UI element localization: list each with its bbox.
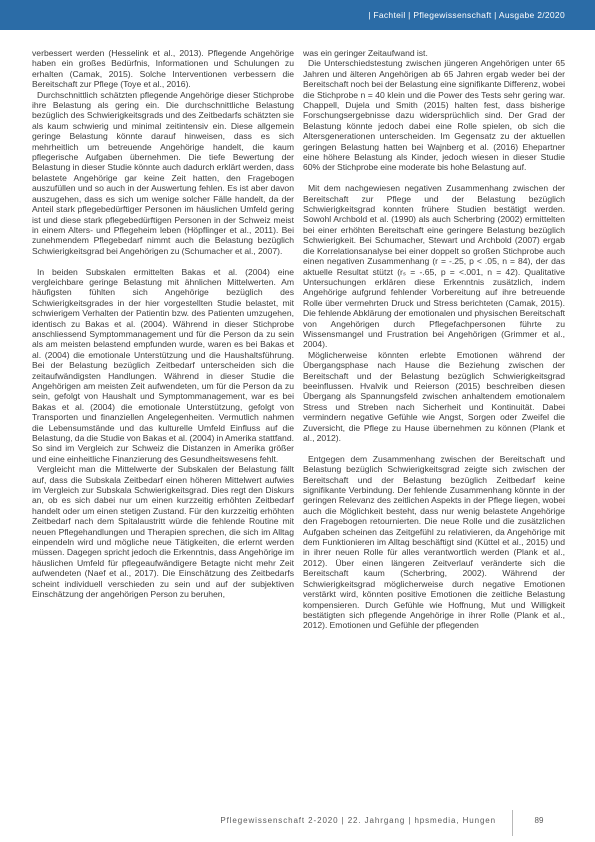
paragraph: was ein geringer Zeitaufwand ist. xyxy=(303,48,565,58)
journal-page: | Fachteil | Pflegewissenschaft | Ausgab… xyxy=(0,0,595,842)
header-running-title: | Fachteil | Pflegewissenschaft | Ausgab… xyxy=(368,10,565,20)
paragraph: Die Unterschiedstestung zwischen jüngere… xyxy=(303,58,565,172)
paragraph: verbessert werden (Hesselink et al., 201… xyxy=(32,48,294,90)
page-footer: Pflegewissenschaft 2-2020 | 22. Jahrgang… xyxy=(32,810,565,838)
paragraph: Durchschnittlich schätzten pflegende Ang… xyxy=(32,90,294,257)
paragraph: Entgegen dem Zusammenhang zwischen der B… xyxy=(303,454,565,631)
page-number: 89 xyxy=(513,810,565,825)
paragraph: Möglicherweise könnten erlebte Emotionen… xyxy=(303,350,565,444)
article-body: verbessert werden (Hesselink et al., 201… xyxy=(32,48,565,806)
paragraph: Vergleicht man die Mittelwerte der Subsk… xyxy=(32,464,294,599)
text-column-left: verbessert werden (Hesselink et al., 201… xyxy=(32,48,294,806)
paragraph: In beiden Subskalen ermittelten Bakas et… xyxy=(32,267,294,465)
header-bar: | Fachteil | Pflegewissenschaft | Ausgab… xyxy=(0,0,595,30)
paragraph: Mit dem nachgewiesen negativen Zusammenh… xyxy=(303,183,565,350)
text-column-right: was ein geringer Zeitaufwand ist. Die Un… xyxy=(303,48,565,806)
footer-journal-line: Pflegewissenschaft 2-2020 | 22. Jahrgang… xyxy=(220,810,496,825)
